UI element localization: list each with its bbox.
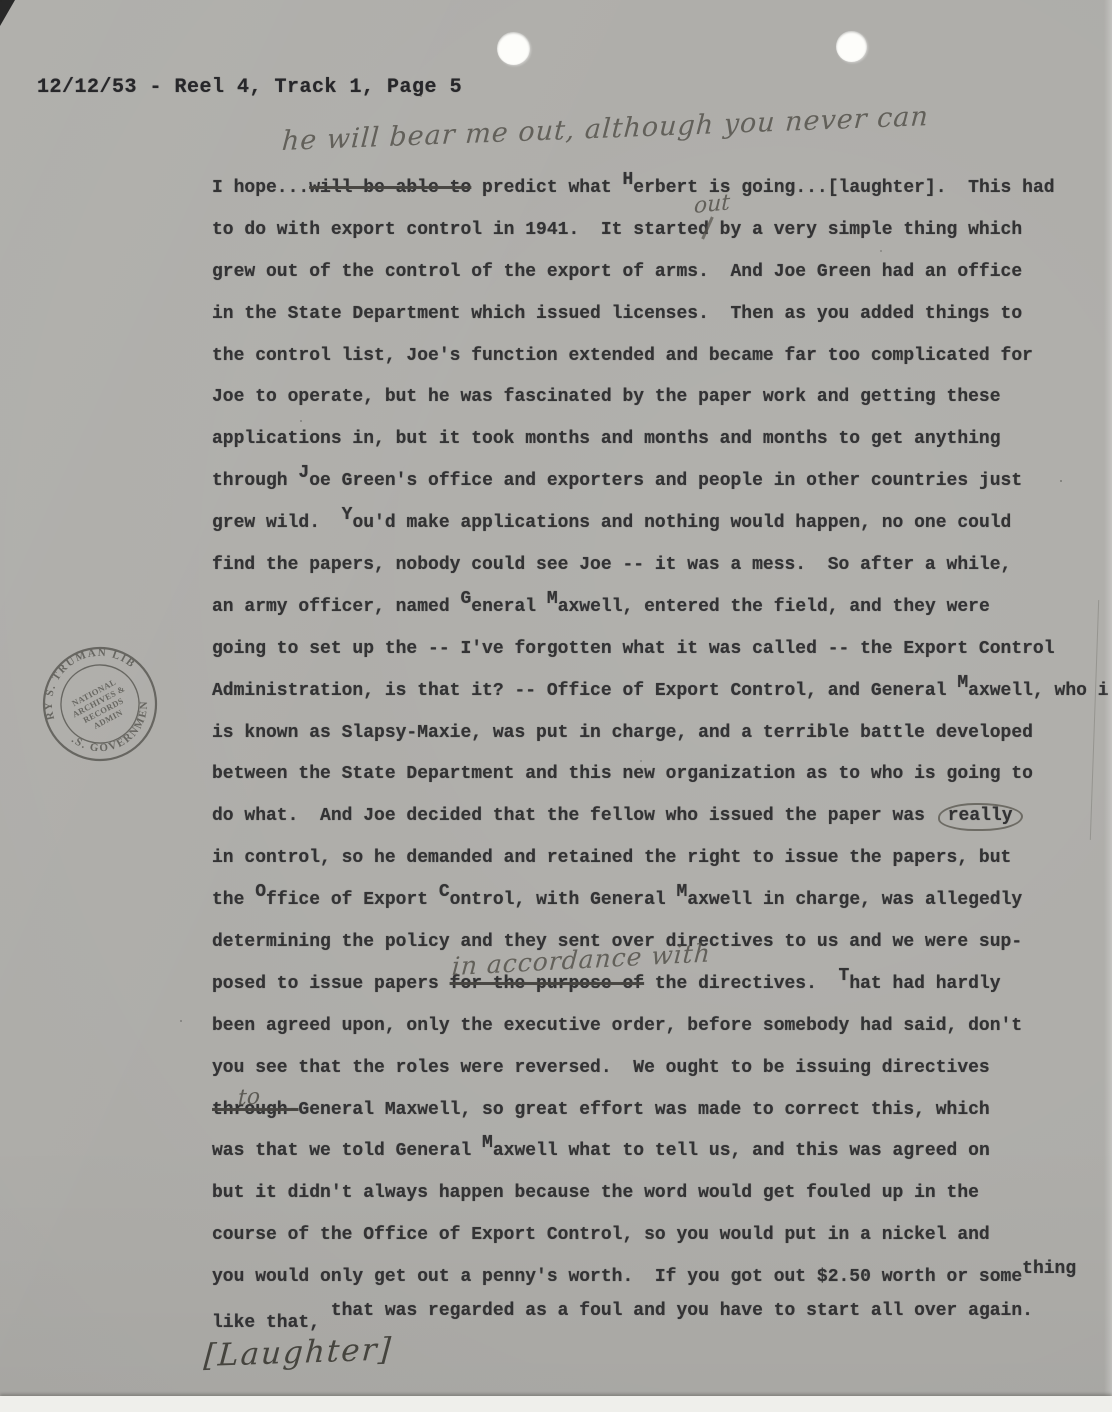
handwritten-annotation-top: he will bear me out, although you never … xyxy=(281,101,930,157)
text-line: find the papers, nobody could see Joe --… xyxy=(212,545,1112,587)
text-line: I hope...will be able to predict what He… xyxy=(212,168,1112,210)
text-line: you would only get out a penny's worth. … xyxy=(212,1257,1112,1299)
text-line: grew wild. You'd make applications and n… xyxy=(212,503,1112,545)
handwritten-insertion-out: out xyxy=(694,190,731,219)
text-line: through-General Maxwell, so great effort… xyxy=(212,1090,1112,1132)
text-line: to do with export control in 1941. It st… xyxy=(212,210,1112,252)
text-line: course of the Office of Export Control, … xyxy=(212,1215,1112,1257)
text-line: but it didn't always happen because the … xyxy=(212,1173,1112,1215)
text-line: been agreed upon, only the executive ord… xyxy=(212,1006,1112,1048)
handwritten-insertion-to: to xyxy=(238,1084,261,1111)
text-line: going to set up the -- I've forgotten wh… xyxy=(212,629,1112,671)
typed-body: I hope...will be able to predict what He… xyxy=(212,168,1112,1341)
corner-ink-mark xyxy=(0,0,15,26)
text-line: in the State Department which issued lic… xyxy=(212,294,1112,336)
text-line: through Joe Green's office and exporters… xyxy=(212,461,1112,503)
handwritten-laughter-note: [Laughter] xyxy=(203,1331,394,1374)
text-line: is known as Slapsy-Maxie, was put in cha… xyxy=(212,713,1112,755)
text-line: between the State Department and this ne… xyxy=(212,754,1112,796)
scan-edge-bottom xyxy=(0,1396,1112,1412)
text-line: the control list, Joe's function extende… xyxy=(212,336,1112,378)
text-line: you see that the roles were reversed. We… xyxy=(212,1048,1112,1090)
scanned-document-page: 12/12/53 - Reel 4, Track 1, Page 5 he wi… xyxy=(0,0,1112,1412)
text-line: grew out of the control of the export of… xyxy=(212,252,1112,294)
page-header: 12/12/53 - Reel 4, Track 1, Page 5 xyxy=(37,76,462,99)
text-line: was that we told General Maxwell what to… xyxy=(212,1131,1112,1173)
text-line: an army officer, named General Maxwell, … xyxy=(212,587,1112,629)
text-line: do what. And Joe decided that the fellow… xyxy=(212,796,1112,838)
paper-speckles xyxy=(0,0,2,2)
text-line: Administration, is that it? -- Office of… xyxy=(212,671,1112,713)
hole-punch-right xyxy=(836,31,867,62)
text-line: in control, so he demanded and retained … xyxy=(212,838,1112,880)
hole-punch-left xyxy=(497,32,530,65)
archive-stamp: HARRY S. TRUMAN LIBRARY U.S. GOVERNMENT … xyxy=(19,623,181,785)
scan-edge-right xyxy=(1104,0,1112,1412)
text-line: posed to issue papers for the purpose of… xyxy=(212,964,1112,1006)
text-line: the Office of Export Control, with Gener… xyxy=(212,880,1112,922)
text-line: applications in, but it took months and … xyxy=(212,419,1112,461)
text-line: Joe to operate, but he was fascinated by… xyxy=(212,377,1112,419)
